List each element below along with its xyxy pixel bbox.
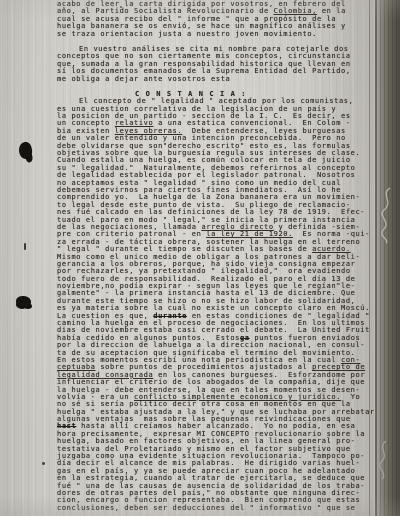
ink-blob-icon	[16, 296, 31, 308]
ink-dash-mark	[24, 243, 26, 250]
scan-edge	[376, 0, 400, 516]
text-line: conclusiones, deben ser deducciones del …	[57, 505, 377, 512]
paper-speck	[42, 462, 45, 465]
scanned-page: acabo de leer la carta dirigida por voso…	[0, 0, 400, 516]
text-line: se traza orientacion justa a nuestro jov…	[57, 31, 377, 38]
text-line: me obliga a dejar ante vosotros esta	[57, 76, 377, 83]
text-segment: me obliga a dejar ante vosotros esta	[57, 75, 230, 83]
ink-blob-icon	[17, 141, 33, 160]
page-edge-line	[369, 0, 370, 516]
text-segment: conclusiones, deben ser deducciones del …	[57, 504, 356, 512]
paragraph: En vuestro análises se cita mi nombre pa…	[57, 46, 377, 83]
text-segment: se traza orientacion justa a nuestro jov…	[57, 30, 317, 38]
document-body: acabo de leer la carta dirigida por voso…	[57, 1, 377, 512]
wavy-pen-mark-icon	[376, 186, 398, 244]
wavy-pen-mark-icon	[374, 440, 394, 480]
paragraph: acabo de leer la carta dirigida por voso…	[57, 1, 377, 38]
paragraph: El concepto de " legalidad " aceptado po…	[57, 98, 377, 512]
